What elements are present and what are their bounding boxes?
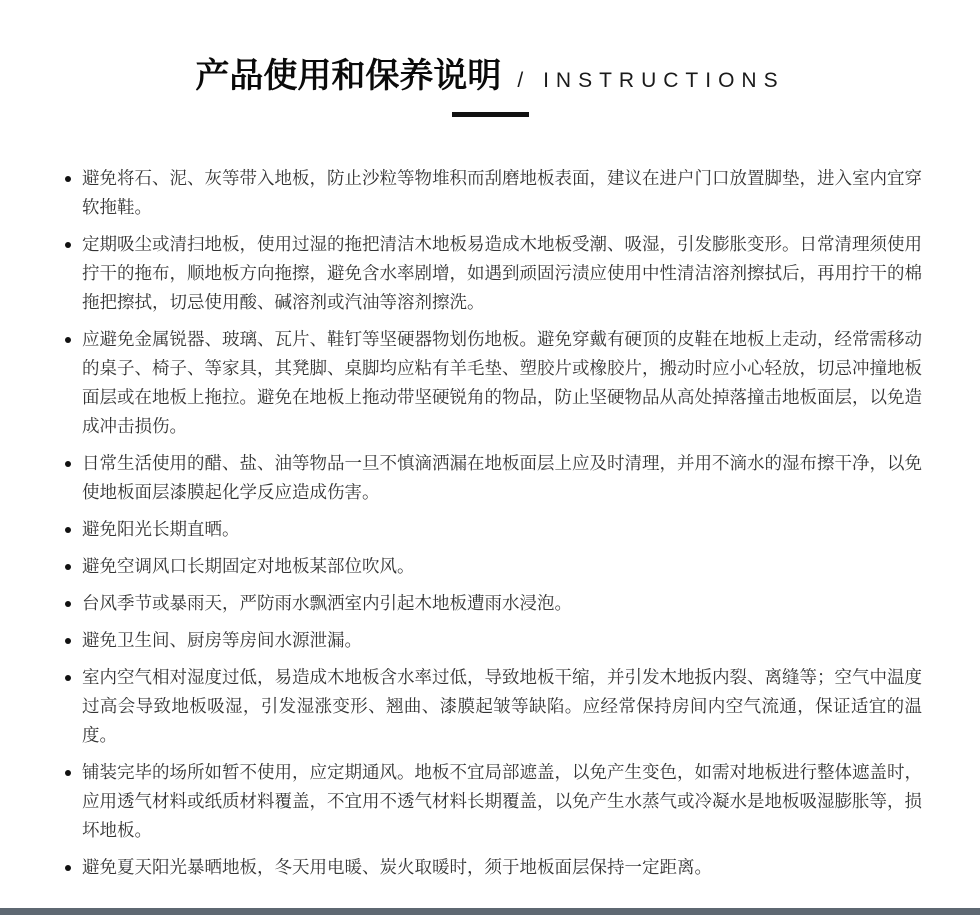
list-item: 避免夏天阳光暴晒地板，冬天用电暖、炭火取暖时，须于地板面层保持一定距离。 [62,853,922,882]
list-item: 日常生活使用的醋、盐、油等物品一旦不慎滴洒漏在地板面层上应及时清理，并用不滴水的… [62,449,922,507]
footer-accent-bar [0,908,980,915]
list-item: 应避免金属锐器、玻璃、瓦片、鞋钉等坚硬器物划伤地板。避免穿戴有硬顶的皮鞋在地板上… [62,325,922,441]
title-divider [452,112,529,117]
page-title: 产品使用和保养说明 / INSTRUCTIONS [195,48,784,97]
list-item: 避免空调风口长期固定对地板某部位吹风。 [62,552,922,581]
instructions-list: 避免将石、泥、灰等带入地板，防止沙粒等物堆积而刮磨地板表面，建议在进户门口放置脚… [62,164,922,882]
list-item: 定期吸尘或清扫地板，使用过湿的拖把清洁木地板易造成木地板受潮、吸湿，引发膨胀变形… [62,230,922,317]
list-item: 避免卫生间、厨房等房间水源泄漏。 [62,626,922,655]
list-item: 避免阳光长期直晒。 [62,515,922,544]
page-header: 产品使用和保养说明 / INSTRUCTIONS [0,0,980,117]
instructions-page: 产品使用和保养说明 / INSTRUCTIONS 避免将石、泥、灰等带入地板，防… [0,0,980,915]
list-item: 铺装完毕的场所如暂不使用，应定期通风。地板不宜局部遮盖，以免产生变色，如需对地板… [62,758,922,845]
list-item: 室内空气相对湿度过低，易造成木地板含水率过低，导致地板干缩，并引发木地扳内裂、离… [62,663,922,750]
page-title-chinese: 产品使用和保养说明 [195,48,501,97]
page-title-english: / INSTRUCTIONS [517,69,784,93]
instructions-content: 避免将石、泥、灰等带入地板，防止沙粒等物堆积而刮磨地板表面，建议在进户门口放置脚… [62,164,922,882]
list-item: 避免将石、泥、灰等带入地板，防止沙粒等物堆积而刮磨地板表面，建议在进户门口放置脚… [62,164,922,222]
list-item: 台风季节或暴雨天，严防雨水飘洒室内引起木地板遭雨水浸泡。 [62,589,922,618]
